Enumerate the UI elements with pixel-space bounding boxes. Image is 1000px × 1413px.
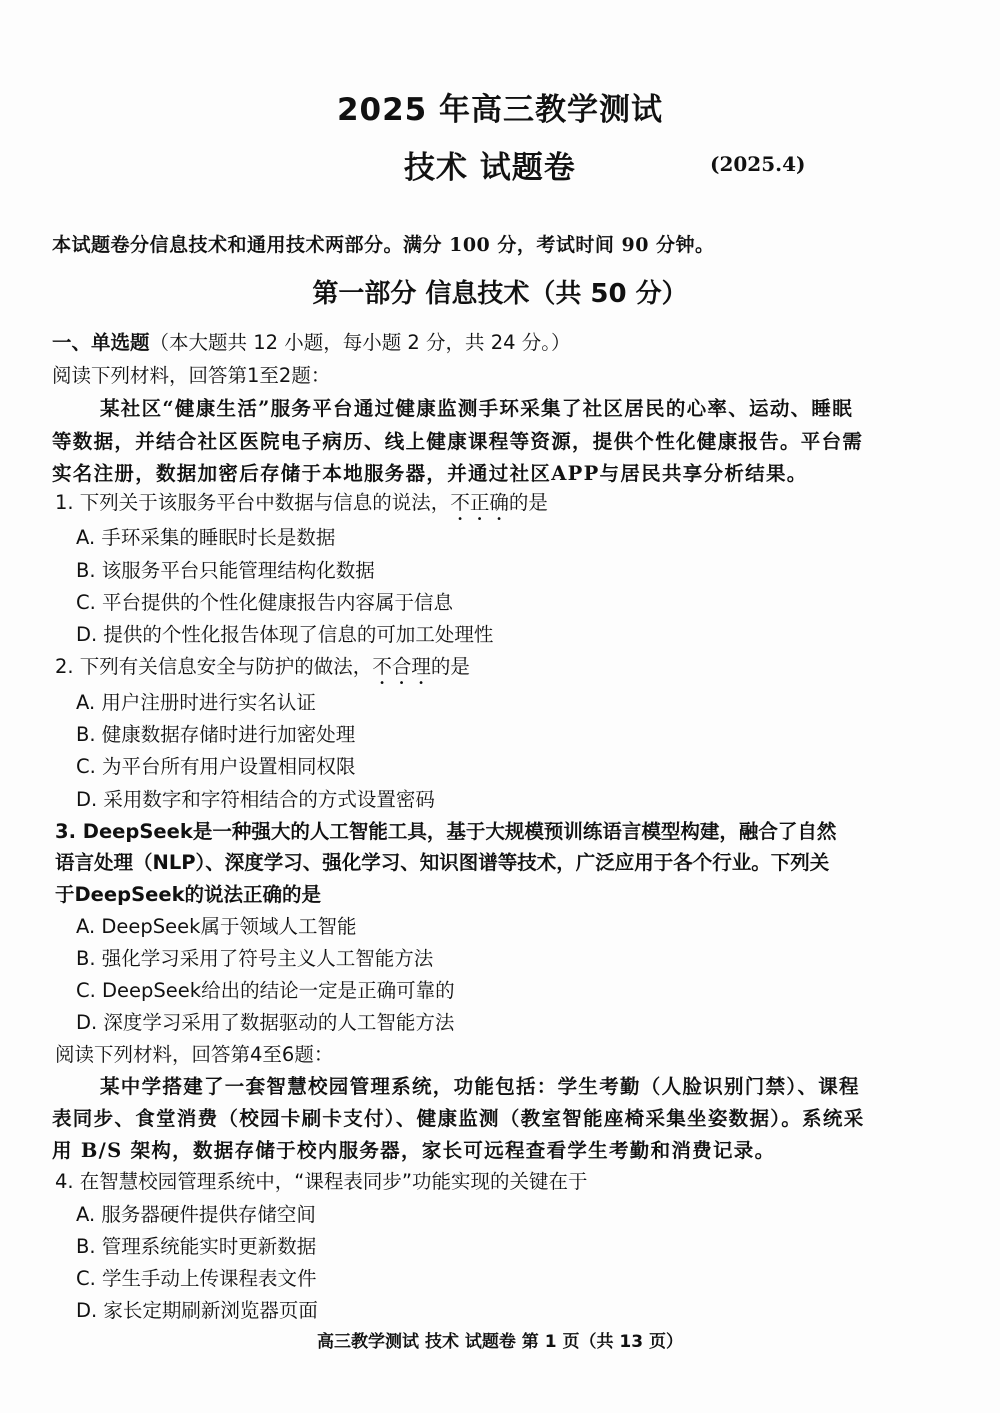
question-stem: 4. 在智慧校园管理系统中，“课程表同步”功能实现的关键在于 [55, 1166, 588, 1194]
option-d: D. 采用数字和字符相结合的方式设置密码 [76, 784, 435, 812]
exam-subtitle: 技术 试题卷 [404, 142, 576, 187]
material-line: 某中学搭建了一套智慧校园管理系统，功能包括：学生考勤（人脸识别门禁）、课程 [100, 1071, 860, 1099]
section-note: （本大题共 12 小题，每小题 2 分，共 24 分。） [150, 331, 571, 354]
material-prompt: 阅读下列材料，回答第4至6题： [55, 1039, 333, 1067]
question-stem: 2. 下列有关信息安全与防护的做法，不合理的是 [55, 651, 470, 689]
material-line: 表同步、食堂消费（校园卡刷卡支付）、健康监测（教室智能座椅采集坐姿数据）。系统采 [52, 1103, 865, 1131]
option-a: A. DeepSeek属于领域人工智能 [76, 911, 356, 939]
option-c: C. 学生手动上传课程表文件 [76, 1263, 317, 1291]
option-a: A. 用户注册时进行实名认证 [76, 687, 316, 715]
option-a: A. 服务器硬件提供存储空间 [76, 1199, 316, 1227]
emphasis-text: 不正确 [450, 491, 509, 514]
exam-date: (2025.4) [710, 152, 805, 176]
material-prompt: 阅读下列材料，回答第1至2题： [52, 360, 330, 388]
option-b: B. 管理系统能实时更新数据 [76, 1231, 316, 1259]
part-title: 第一部分 信息技术（共 50 分） [0, 273, 1000, 310]
exam-page: 2025 年高三教学测试 技术 试题卷 (2025.4) 本试题卷分信息技术和通… [0, 0, 1000, 1413]
option-c: C. 为平台所有用户设置相同权限 [76, 751, 356, 779]
question-stem: 于DeepSeek的说法正确的是 [55, 879, 321, 907]
question-stem: 3. DeepSeek是一种强大的人工智能工具，基于大规模预训练语言模型构建，融… [55, 816, 836, 844]
option-b: B. 强化学习采用了符号主义人工智能方法 [76, 943, 433, 971]
option-b: B. 健康数据存储时进行加密处理 [76, 719, 355, 747]
section-label: 一、单选题 [52, 331, 150, 354]
section-heading: 一、单选题（本大题共 12 小题，每小题 2 分，共 24 分。） [52, 327, 571, 355]
question-stem: 语言处理（NLP）、深度学习、强化学习、知识图谱等技术，广泛应用于各个行业。下列… [55, 847, 829, 875]
question-stem: 1. 下列关于该服务平台中数据与信息的说法，不正确的是 [55, 487, 548, 525]
material-line: 用 B/S 架构，数据存储于校内服务器，家长可远程查看学生考勤和消费记录。 [52, 1135, 775, 1163]
emphasis-text: 不合理 [372, 655, 431, 678]
option-a: A. 手环采集的睡眠时长是数据 [76, 522, 335, 550]
exam-intro: 本试题卷分信息技术和通用技术两部分。满分 100 分，考试时间 90 分钟。 [52, 230, 715, 257]
option-d: D. 深度学习采用了数据驱动的人工智能方法 [76, 1007, 454, 1035]
option-c: C. 平台提供的个性化健康报告内容属于信息 [76, 587, 453, 615]
page-footer: 高三教学测试 技术 试题卷 第 1 页（共 13 页） [0, 1327, 1000, 1352]
material-line: 某社区“健康生活”服务平台通过健康监测手环采集了社区居民的心率、运动、睡眠 [100, 393, 853, 421]
option-b: B. 该服务平台只能管理结构化数据 [76, 555, 375, 583]
option-d: D. 提供的个性化报告体现了信息的可加工处理性 [76, 619, 493, 647]
exam-title: 2025 年高三教学测试 [0, 84, 1000, 129]
option-c: C. DeepSeek给出的结论一定是正确可靠的 [76, 975, 455, 1003]
material-line: 实名注册，数据加密后存储于本地服务器，并通过社区APP与居民共享分析结果。 [52, 458, 808, 486]
material-line: 等数据，并结合社区医院电子病历、线上健康课程等资源，提供个性化健康报告。平台需 [52, 426, 863, 454]
option-d: D. 家长定期刷新浏览器页面 [76, 1295, 318, 1323]
